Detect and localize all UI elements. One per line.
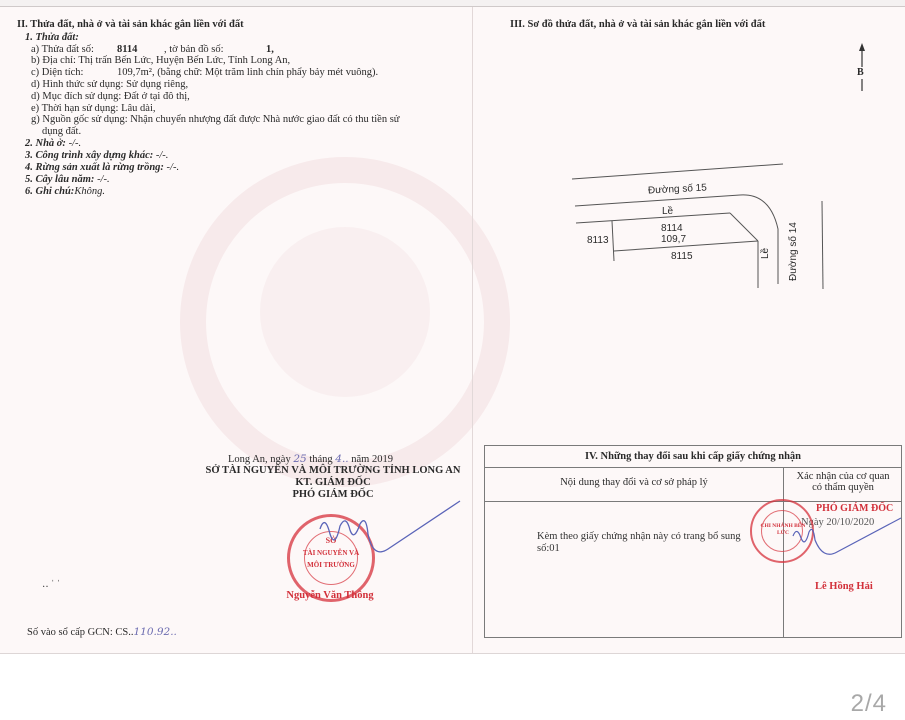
registry-value: 110.92.. bbox=[133, 626, 176, 638]
confirm-role: PHÓ GIÁM ĐỐC bbox=[816, 503, 893, 515]
item-4-value: -/-. bbox=[164, 162, 179, 173]
changes-table: IV. Những thay đổi sau khi cấp giấy chứn… bbox=[484, 445, 902, 638]
item-3-value: -/-. bbox=[153, 150, 168, 161]
col-confirm-header-2: có thẩm quyền bbox=[784, 482, 902, 494]
confirm-signer-name: Lê Hồng Hải bbox=[815, 581, 873, 593]
signature-right-icon bbox=[785, 516, 903, 566]
page-fold-line bbox=[472, 7, 473, 653]
item-6: 6. Ghi chú:Không. bbox=[25, 186, 105, 198]
verge-top-label: Lề bbox=[662, 206, 673, 218]
item-5-label: 5. Cây lâu năm: bbox=[25, 174, 94, 185]
usage-origin: g) Nguồn gốc sử dụng: Nhận chuyển nhượng… bbox=[31, 114, 400, 126]
section-3-title: III. Sơ đồ thửa đất, nhà ở và tài sản kh… bbox=[510, 19, 765, 31]
issue-day: 25 bbox=[293, 453, 306, 465]
scan-marks: ‥ ˈ ˈ bbox=[42, 579, 60, 591]
parcel-8113-label: 8113 bbox=[587, 235, 609, 247]
page-indicator: 2/4 bbox=[851, 690, 887, 718]
col-content-header: Nội dung thay đổi và cơ sở pháp lý bbox=[485, 477, 783, 489]
item-6-label: 6. Ghi chú: bbox=[25, 186, 74, 197]
month-label: tháng bbox=[309, 454, 332, 465]
item-2: 2. Nhà ở: -/-. bbox=[25, 138, 81, 150]
item-4: 4. Rừng sản xuất là rừng trồng: -/-. bbox=[25, 162, 179, 174]
watermark-emblem-center bbox=[260, 227, 430, 397]
item-6-value: Không. bbox=[74, 186, 105, 197]
item-1-title: 1. Thửa đất: bbox=[25, 32, 79, 44]
registry-number: Số vào sổ cấp GCN: CS..110.92.. bbox=[27, 626, 177, 639]
area-value: 109,7m², (bằng chữ: Một trăm linh chín p… bbox=[117, 67, 378, 79]
changes-table-header-row: Nội dung thay đổi và cơ sở pháp lý Xác n… bbox=[485, 467, 901, 502]
place-date-prefix: Long An, ngày bbox=[228, 454, 291, 465]
item-3: 3. Công trình xây dựng khác: -/-. bbox=[25, 150, 168, 162]
item-5: 5. Cây lâu năm: -/-. bbox=[25, 174, 110, 186]
item-4-label: 4. Rừng sản xuất là rừng trồng: bbox=[25, 162, 164, 173]
verge-right-label: Lề bbox=[760, 248, 772, 259]
section-2-title: II. Thửa đất, nhà ở và tài sản khác gắn … bbox=[17, 19, 244, 31]
usage-origin-cont: dụng đất. bbox=[42, 126, 81, 138]
usage-purpose: d) Mục đích sử dụng: Đất ở tại đô thị, bbox=[31, 91, 190, 103]
signature-left-icon bbox=[310, 499, 470, 579]
road-14-label: Đường số 14 bbox=[788, 222, 800, 281]
item-2-value: -/-. bbox=[66, 138, 81, 149]
item-5-value: -/-. bbox=[94, 174, 109, 185]
area-label: c) Diện tích: bbox=[31, 67, 83, 79]
item-2-label: 2. Nhà ở: bbox=[25, 138, 66, 149]
registry-label: Số vào sổ cấp GCN: CS.. bbox=[27, 627, 133, 638]
kt-director: KT. GIÁM ĐỐC bbox=[188, 477, 478, 489]
issue-month: 4.. bbox=[335, 453, 348, 465]
signer-left-name: Nguyễn Văn Thông bbox=[260, 590, 400, 602]
change-content-line1: Kèm theo giấy chứng nhận này có trang bổ… bbox=[537, 531, 741, 543]
parcel-8115-label: 8115 bbox=[671, 251, 693, 263]
parcel-area-label: 109,7 bbox=[661, 234, 686, 246]
issuing-org: SỞ TÀI NGUYÊN VÀ MÔI TRƯỜNG TỈNH LONG AN bbox=[188, 465, 478, 477]
change-content-line2: số:01 bbox=[537, 543, 560, 555]
parcel-diagram: Đường số 15 Lề 8114 109,7 8113 8115 Lề Đ… bbox=[560, 151, 840, 301]
year-label: năm 2019 bbox=[351, 454, 393, 465]
item-3-label: 3. Công trình xây dựng khác: bbox=[25, 150, 153, 161]
address-line: b) Địa chỉ: Thị trấn Bến Lức, Huyện Bến … bbox=[31, 55, 290, 67]
changes-table-title: IV. Những thay đổi sau khi cấp giấy chứn… bbox=[485, 446, 901, 468]
north-label: B bbox=[857, 67, 864, 79]
certificate-page: II. Thửa đất, nhà ở và tài sản khác gắn … bbox=[0, 6, 905, 654]
usage-form: d) Hình thức sử dụng: Sử dụng riêng, bbox=[31, 79, 188, 91]
